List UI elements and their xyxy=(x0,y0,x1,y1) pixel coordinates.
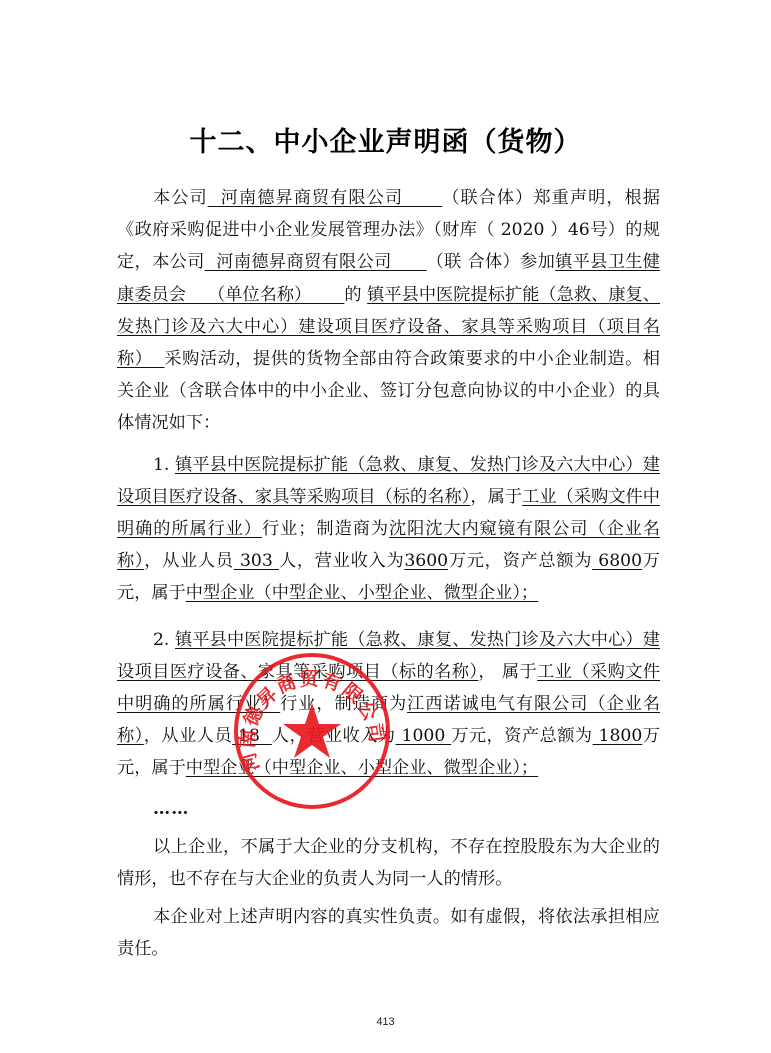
company-name-2: 河南德昇商贸有限公司 xyxy=(205,252,427,272)
intro-text: （联 合体）参加 xyxy=(427,252,556,272)
revenue: 1000 xyxy=(396,726,452,746)
page-title: 十二、中小企业声明函（货物） xyxy=(0,120,771,159)
enterprise-size: 中型企业（中型企业、小型企业、微型企业）； xyxy=(186,758,538,778)
closing-paragraph-1: 以上企业，不属于大企业的分支机构，不存在控股股东为大企业的情形，也不存在与大企业… xyxy=(117,831,660,895)
item-text: ，从业人员 xyxy=(144,726,232,746)
item-text: 万元，资产总额为 xyxy=(448,551,592,571)
item-text: 行业，制造商为 xyxy=(280,694,407,714)
intro-text: 本公司 xyxy=(153,188,208,208)
item-text: 万元，资产总额为 xyxy=(451,726,592,746)
total-assets: 1800 xyxy=(593,726,643,746)
item-text: ，属于 xyxy=(470,487,522,507)
declaration-body: 本公司 河南德昇商贸有限公司 （联合体）郑重声明，根据《政府采购促进中小企业发展… xyxy=(117,182,660,966)
item-text: 行业；制造商为 xyxy=(262,519,389,539)
enterprise-item-1: 1. 镇平县中医院提标扩能（急救、康复、发热门诊及六大中心）建设项目医疗设备、家… xyxy=(117,449,660,610)
item-number: 2. xyxy=(153,630,175,650)
item-text: 人，营业收入为 xyxy=(272,726,396,746)
item-number: 1. xyxy=(153,455,175,475)
revenue: 3600 xyxy=(404,551,448,571)
enterprise-size: 中型企业（中型企业、小型企业、微型企业）； xyxy=(186,583,538,603)
document-page: 十二、中小企业声明函（货物） 本公司 河南德昇商贸有限公司 （联合体）郑重声明，… xyxy=(0,0,771,1053)
ellipsis: …… xyxy=(153,793,660,825)
intro-text: 的 xyxy=(344,285,367,305)
intro-text: 采购活动，提供的货物全部由符合政策要求的中小企业制造。相关企业（含联合体中的中小… xyxy=(117,349,660,433)
closing-paragraph-2: 本企业对上述声明内容的真实性负责。如有虚假，将依法承担相应责任。 xyxy=(117,901,660,965)
total-assets: 6800 xyxy=(592,551,642,571)
page-number: 413 xyxy=(0,1016,771,1028)
employee-count: 18 xyxy=(232,726,272,746)
intro-paragraph: 本公司 河南德昇商贸有限公司 （联合体）郑重声明，根据《政府采购促进中小企业发展… xyxy=(117,182,660,440)
employee-count: 303 xyxy=(234,551,279,571)
item-text: 人，营业收入为 xyxy=(279,551,404,571)
company-name: 河南德昇商贸有限公司 xyxy=(208,188,442,208)
item-text: ，从业人员 xyxy=(144,551,234,571)
item-text: ， 属于 xyxy=(478,662,537,682)
enterprise-item-2: 2. 镇平县中医院提标扩能（急救、康复、发热门诊及六大中心）建设项目医疗设备、家… xyxy=(117,624,660,785)
